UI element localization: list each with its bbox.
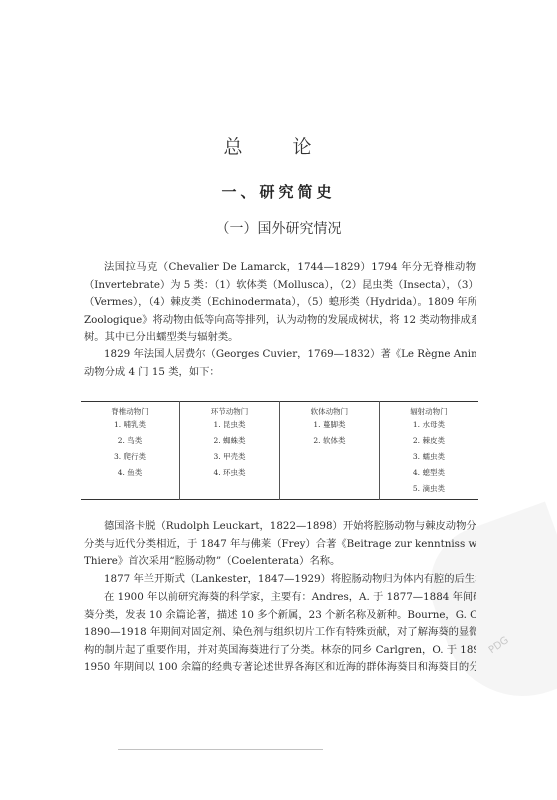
- table-row: 4. 鱼类 4. 环虫类 4. 螅型类: [81, 467, 478, 483]
- table-header: 环节动物门: [180, 402, 280, 420]
- table-cell: 2. 蜘蛛类: [180, 435, 280, 451]
- table-cell: 4. 鱼类: [81, 467, 180, 483]
- text-line: 法国拉马克（Chevalier De Lamarck，1744—1829）179…: [84, 259, 476, 277]
- table-cell: 3. 爬行类: [81, 451, 180, 467]
- text-line: （Invertebrate）为 5 类：（1）软体类（Mollusca），（2）…: [84, 277, 476, 295]
- page-title: 总 论: [0, 132, 557, 159]
- table-cell: 3. 甲壳类: [180, 451, 280, 467]
- paragraph-sea-anemone-researchers: 在 1900 年以前研究海葵的科学家，主要有：Andres，A. 于 1877—…: [84, 589, 476, 677]
- table-cell: 2. 棘皮类: [379, 435, 478, 451]
- table-cell: 2. 软体类: [279, 435, 379, 451]
- subsection-heading: （一）国外研究情况: [0, 218, 557, 238]
- text-line: 1890—1918 年期间对固定剂、染色剂与组织切片工作有特殊贡献，对了解海葵的…: [84, 624, 476, 642]
- table-cell: 4. 螅型类: [379, 467, 478, 483]
- text-line: 构的制片起了重要作用，并对英国海葵进行了分类。林奈的同乡 Carlgren，O.…: [84, 642, 476, 660]
- text-line: 德国洛卡脱（Rudolph Leuckart，1822—1898）开始将腔肠动物…: [84, 518, 476, 536]
- text-line: 1950 年期间以 100 余篇的经典专著论述世界各海区和近海的群体海葵目和海葵…: [84, 659, 476, 677]
- paragraph-lamarck: 法国拉马克（Chevalier De Lamarck，1744—1829）179…: [84, 259, 476, 347]
- table-cell: 1. 哺乳类: [81, 419, 180, 435]
- text-line: Zoologique》将动物由低等向高等排列，认为动物的发展成树状，将 12 类…: [84, 312, 476, 330]
- table-cell: 2. 鸟类: [81, 435, 180, 451]
- table-row: 3. 爬行类 3. 甲壳类 3. 蠕虫类: [81, 451, 478, 467]
- table-cell: 1. 水母类: [379, 419, 478, 435]
- paragraph-cuvier: 1829 年法国人居费尔（Georges Cuvier，1769—1832）著《…: [84, 346, 476, 381]
- table-cell: 3. 蠕虫类: [379, 451, 478, 467]
- text-line: 分类与近代分类相近，于 1847 年与佛莱（Frey）合著《Beitrage z…: [84, 536, 476, 554]
- text-line: 1877 年兰开斯式（Lankester，1847—1929）将腔肠动物归为体内…: [84, 571, 476, 589]
- paragraph-lankester: 1877 年兰开斯式（Lankester，1847—1929）将腔肠动物归为体内…: [84, 571, 476, 589]
- table-cell: [180, 483, 280, 500]
- table-cell: 1. 昆虫类: [180, 419, 280, 435]
- text-line: Thiere》首次采用“腔肠动物”（Coelenterata）名称。: [84, 553, 476, 571]
- table-cell: [279, 467, 379, 483]
- text-line: 1829 年法国人居费尔（Georges Cuvier，1769—1832）著《…: [84, 346, 476, 364]
- table-row: 5. 滴虫类: [81, 483, 478, 500]
- text-line: 在 1900 年以前研究海葵的科学家，主要有：Andres，A. 于 1877—…: [84, 589, 476, 607]
- table-header: 脊椎动物门: [81, 402, 180, 420]
- table-header-row: 脊椎动物门 环节动物门 软体动物门 辐射动物门: [81, 402, 478, 420]
- section-heading: 一、研究简史: [0, 181, 557, 202]
- paragraph-leuckart: 德国洛卡脱（Rudolph Leuckart，1822—1898）开始将腔肠动物…: [84, 518, 476, 571]
- table-header: 辐射动物门: [379, 402, 478, 420]
- table-row: 1. 哺乳类 1. 昆虫类 1. 蔓脚类 1. 水母类: [81, 419, 478, 435]
- text-line: 树。其中已分出蠕型类与辐射类。: [84, 329, 476, 347]
- footer-rule: [118, 749, 323, 750]
- table-cell: [279, 483, 379, 500]
- text-line: （Vermes），（4）棘皮类（Echinodermata），（5）螅形类（Hy…: [84, 294, 476, 312]
- table-cell: 5. 滴虫类: [379, 483, 478, 500]
- table-header: 软体动物门: [279, 402, 379, 420]
- table-row: 2. 鸟类 2. 蜘蛛类 2. 软体类 2. 棘皮类: [81, 435, 478, 451]
- text-line: 动物分成 4 门 15 类，如下：: [84, 364, 476, 382]
- table-cell: 4. 环虫类: [180, 467, 280, 483]
- text-line: 葵分类，发表 10 余篇论著，描述 10 多个新属，23 个新名称及新种。Bou…: [84, 607, 476, 625]
- table-cell: 1. 蔓脚类: [279, 419, 379, 435]
- table-cell: [279, 451, 379, 467]
- table-cell: [81, 483, 180, 500]
- cuvier-classification-table: 脊椎动物门 环节动物门 软体动物门 辐射动物门 1. 哺乳类 1. 昆虫类 1.…: [81, 401, 478, 500]
